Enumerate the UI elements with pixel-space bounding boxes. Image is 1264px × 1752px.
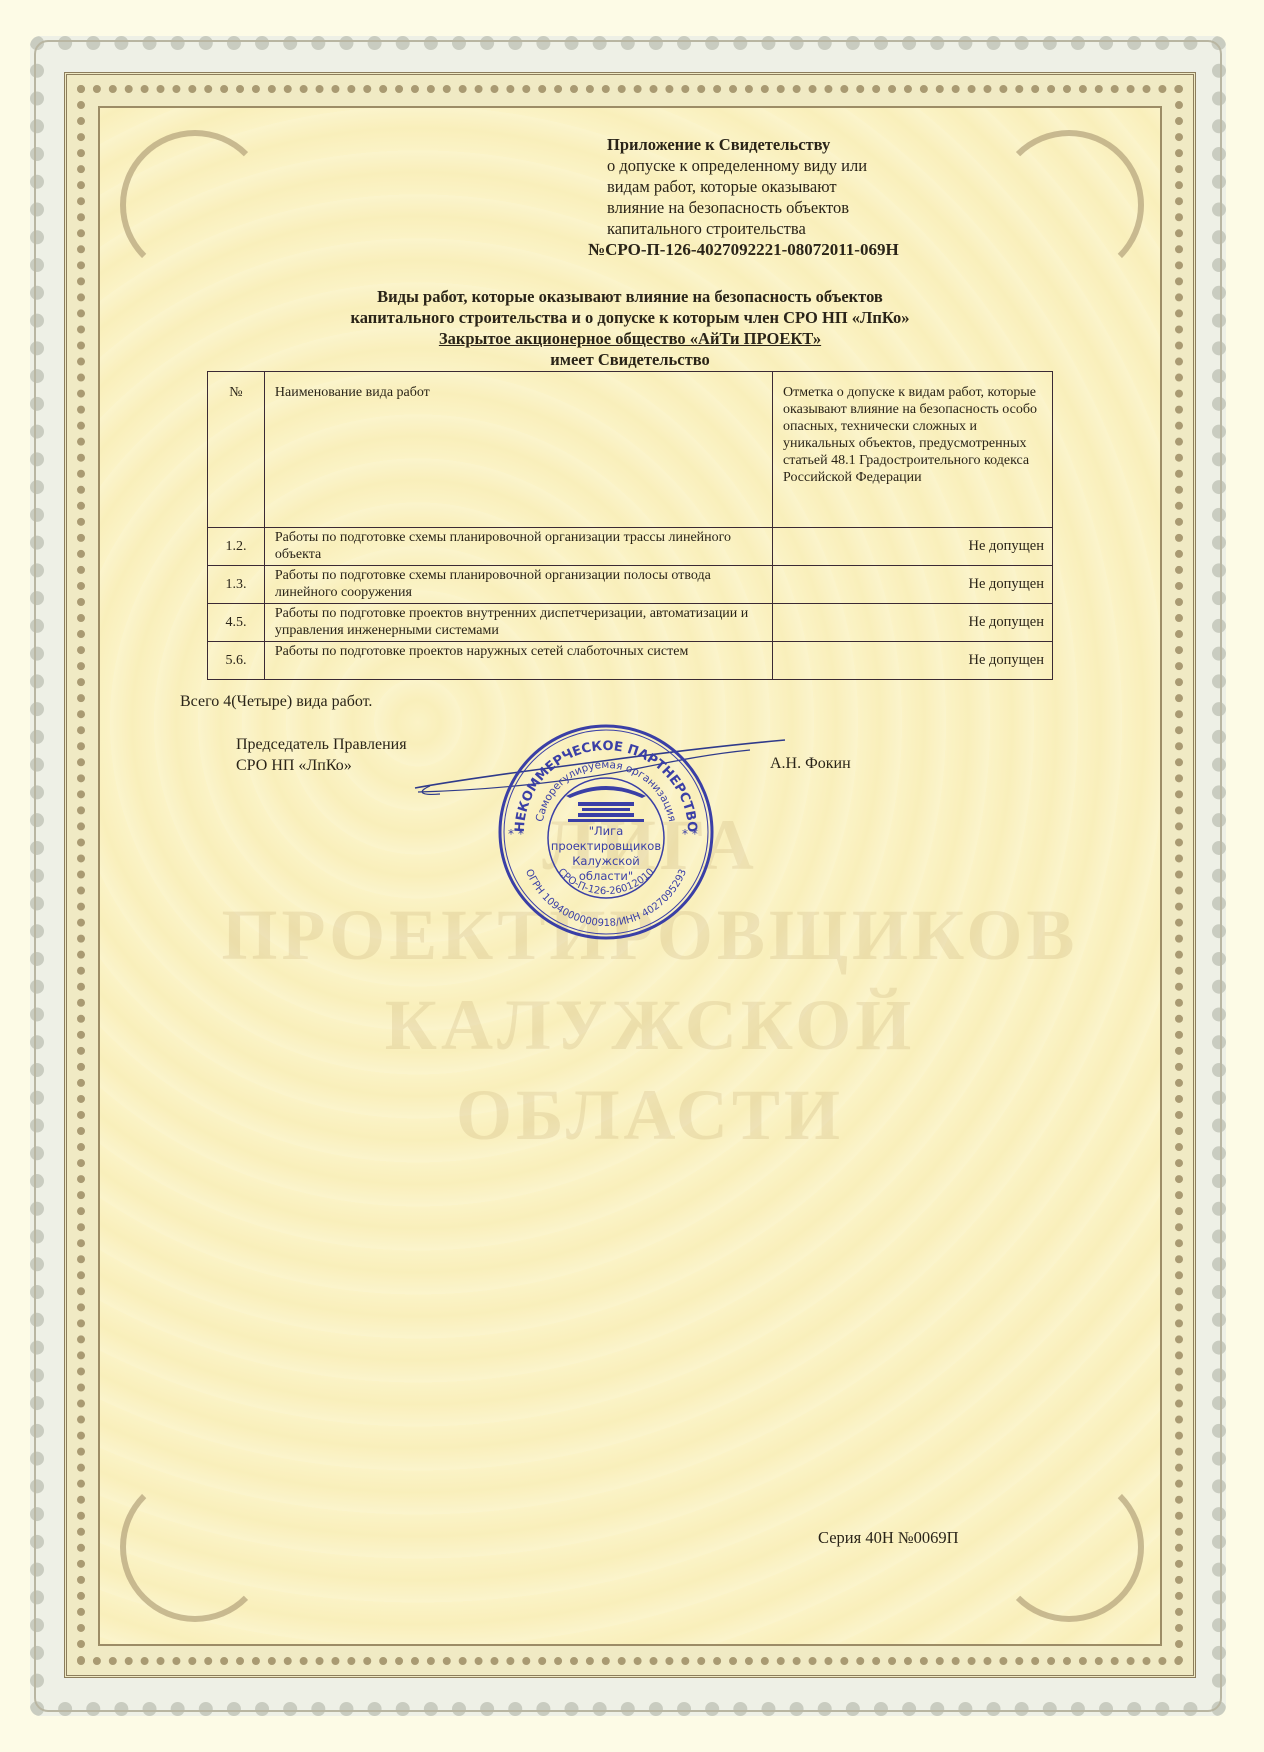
row-mark: Не допущен: [773, 642, 1053, 680]
heading-line: Виды работ, которые оказывают влияние на…: [200, 286, 1060, 307]
certificate-number: №СРО-П-126-4027092221-08072011-069Н: [588, 239, 899, 260]
stamp-center-line: "Лига: [550, 824, 662, 839]
table-row: 5.6. Работы по подготовке проектов наруж…: [208, 642, 1053, 680]
stamp-center-line: Калужской: [550, 854, 662, 869]
header-mark: Отметка о допуске к видам работ, которые…: [773, 372, 1053, 528]
heading-line: имеет Свидетельство: [200, 349, 1060, 370]
total-works: Всего 4(Четыре) вида работ.: [180, 693, 372, 711]
row-num: 5.6.: [208, 642, 265, 680]
works-table: № Наименование вида работ Отметка о допу…: [207, 371, 1053, 680]
table-row: 1.3. Работы по подготовке схемы планиров…: [208, 566, 1053, 604]
heading-line: капитального строительства и о допуске к…: [200, 307, 1060, 328]
signer-position-line: СРО НП «ЛпКо»: [236, 755, 407, 776]
row-name: Работы по подготовке проектов внутренних…: [264, 604, 772, 642]
appendix-line: видам работ, которые оказывают: [607, 176, 918, 197]
appendix-line: капитального строительства: [607, 218, 918, 239]
document-heading: Виды работ, которые оказывают влияние на…: [200, 286, 1060, 370]
signer-position-line: Председатель Правления: [236, 734, 407, 755]
row-mark: Не допущен: [773, 604, 1053, 642]
row-name: Работы по подготовке схемы планировочной…: [264, 528, 772, 566]
appendix-line: о допуске к определенному виду или: [607, 155, 918, 176]
stamp-center-line: проектировщиков: [550, 839, 662, 854]
series-number: Серия 40Н №0069П: [818, 1528, 959, 1548]
appendix-line: влияние на безопасность объектов: [607, 197, 918, 218]
row-name: Работы по подготовке проектов наружных с…: [264, 642, 772, 680]
row-name: Работы по подготовке схемы планировочной…: [264, 566, 772, 604]
appendix-header: Приложение к Свидетельству о допуске к о…: [607, 134, 918, 260]
row-num: 1.2.: [208, 528, 265, 566]
stamp-center-text: "Лига проектировщиков Калужской области": [550, 824, 662, 884]
row-mark: Не допущен: [773, 566, 1053, 604]
table-row: 4.5. Работы по подготовке проектов внутр…: [208, 604, 1053, 642]
row-num: 1.3.: [208, 566, 265, 604]
header-name: Наименование вида работ: [264, 372, 772, 528]
appendix-title: Приложение к Свидетельству: [607, 134, 918, 155]
document-content: Приложение к Свидетельству о допуске к о…: [0, 0, 1264, 1752]
stamp-center-line: области": [550, 869, 662, 884]
table-header-row: № Наименование вида работ Отметка о допу…: [208, 372, 1053, 528]
company-name: Закрытое акционерное общество «АйТи ПРОЕ…: [200, 328, 1060, 349]
table-row: 1.2. Работы по подготовке схемы планиров…: [208, 528, 1053, 566]
svg-text:* *: * *: [682, 827, 698, 841]
header-num: №: [208, 372, 265, 528]
organization-stamp: НЕКОММЕРЧЕСКОЕ ПАРТНЕРСТВО Саморегулируе…: [494, 720, 718, 944]
svg-text:* *: * *: [508, 827, 524, 841]
row-mark: Не допущен: [773, 528, 1053, 566]
signer-position: Председатель Правления СРО НП «ЛпКо»: [236, 734, 407, 776]
row-num: 4.5.: [208, 604, 265, 642]
